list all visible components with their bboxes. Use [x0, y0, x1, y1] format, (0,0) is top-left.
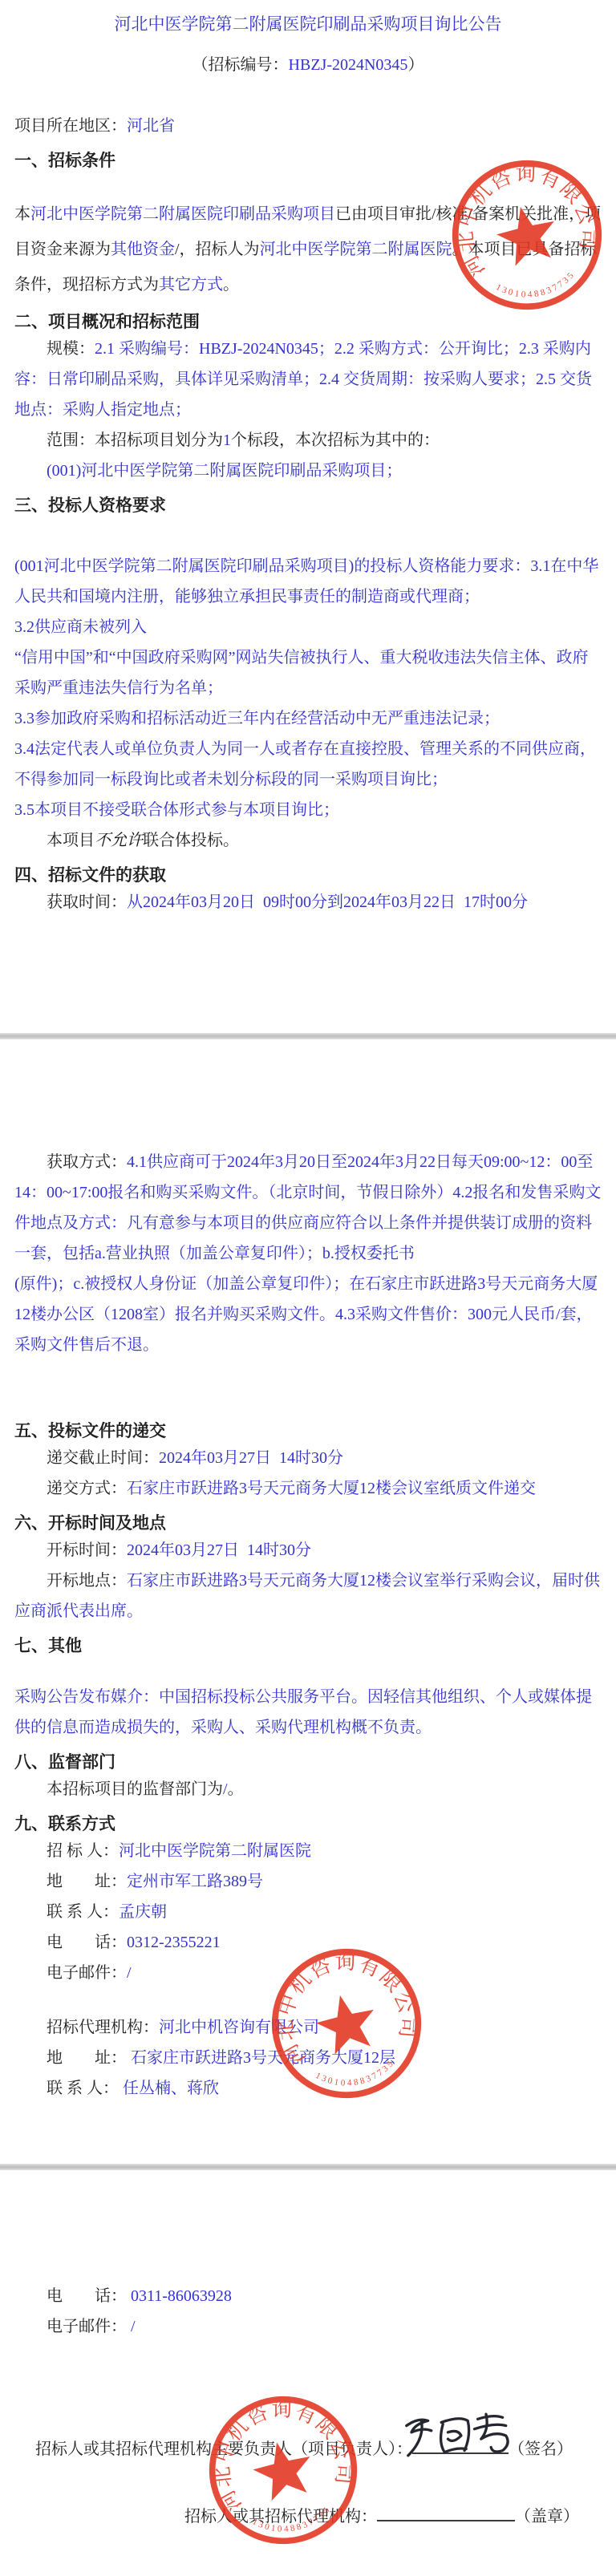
text-run: 河北省: [127, 117, 175, 135]
paragraph: 递交截止时间：2024年03月27日 14时30分: [14, 1443, 602, 1473]
contact-line: 地 址：定州市军工路389号: [14, 1866, 602, 1897]
text-run: 2024年03月27日 14时30分: [159, 1449, 343, 1467]
spacer: [14, 1039, 602, 1147]
paragraph: 开标地点：石家庄市跃进路3号天元商务大厦12楼会议室举行采购会议，届时供应商派代…: [14, 1565, 602, 1626]
text-run: 3.5本项目不接受联合体形式参与本项目询比；: [14, 801, 339, 819]
document-page-2: 获取方式：4.1供应商可于2024年3月20日至2024年3月22日每天09:0…: [0, 1039, 616, 2164]
text-run: 范围：本招标项目划分为: [47, 431, 223, 449]
text-run: 孟庆朝: [119, 1903, 167, 1921]
text-run: /: [127, 1964, 132, 1982]
page-1-content: 河北中医学院第二附属医院印刷品采购项目询比公告（招标编号：HBZJ-2024N0…: [14, 0, 602, 917]
section-heading: 一、招标条件: [14, 148, 602, 172]
paragraph: 3.5本项目不接受联合体形式参与本项目询比；: [14, 795, 602, 825]
text-run: 河北中医学院第二附属医院: [260, 241, 452, 258]
text-run: （盖章）: [515, 2508, 579, 2525]
text-run: 招 标 人：: [47, 1842, 119, 1860]
spacer: [14, 77, 602, 111]
text-run: 任丛楠、蒋欣: [119, 2080, 219, 2097]
text-run: 定州市军工路389号: [127, 1873, 263, 1890]
section-heading: 六、开标时间及地点: [14, 1511, 602, 1535]
spacer: [14, 1658, 602, 1682]
text-run: 其他资金: [111, 241, 175, 258]
tender-number-line: （招标编号：HBZJ-2024N0345）: [14, 53, 602, 77]
page-separator: [0, 2164, 616, 2170]
text-run: 河北中医学院第二附属医院: [119, 1842, 311, 1860]
text-run: (原件)；c.被授权人身份证（加盖公章复印件）；在石家庄市跃进路3号天元商务大厦…: [14, 1275, 598, 1354]
paragraph: 本项目不允许联合体投标。: [14, 825, 602, 856]
page-2-content: 获取方式：4.1供应商可于2024年3月20日至2024年3月22日每天09:0…: [14, 1039, 602, 2104]
section-heading: 四、招标文件的获取: [14, 863, 602, 887]
text-run: 电子邮件：: [47, 2318, 127, 2335]
spacer: [14, 1988, 602, 2012]
paragraph: (001)河北中医学院第二附属医院印刷品采购项目；: [14, 456, 602, 486]
text-run: 2.1 采购编号：HBZJ-2024N0345；2.2 采购方式：公开询比；2.…: [14, 340, 592, 419]
text-run: 一、招标条件: [14, 151, 115, 170]
text-run: 规模：: [47, 340, 95, 358]
text-run: （招标编号：: [192, 56, 289, 74]
text-run: 石家庄市跃进路3号天元商务大厦12层: [127, 2049, 395, 2067]
text-run: 递交方式：: [47, 1480, 127, 1497]
text-run: 地 址：: [47, 1873, 127, 1890]
text-run: 九、联系方式: [14, 1814, 115, 1833]
paragraph: 3.3参加政府采购和招标活动近三年内在经营活动中无严重违法记录；: [14, 703, 602, 734]
paragraph: (原件)；c.被授权人身份证（加盖公章复印件）；在石家庄市跃进路3号天元商务大厦…: [14, 1269, 602, 1360]
text-run: 采购公告发布媒介：中国招标投标公共服务平台。因轻信其他组织、个人或媒体提供的信息…: [14, 1688, 592, 1736]
text-run: 其它方式: [159, 276, 223, 294]
text-run: 。: [223, 276, 239, 294]
text-run: 七、其他: [14, 1636, 82, 1655]
text-run: 开标时间：: [47, 1541, 127, 1559]
section-heading: 八、监督部门: [14, 1750, 602, 1774]
text-run: 招标人或其招标代理机构：: [184, 2508, 377, 2525]
section-heading: 九、联系方式: [14, 1812, 602, 1836]
paragraph: 项目所在地区：河北省: [14, 111, 602, 141]
text-run: 开标地点：: [47, 1572, 127, 1590]
announcement-document: 河北中医学院第二附属医院印刷品采购项目询比公告（招标编号：HBZJ-2024N0…: [0, 0, 616, 2576]
text-run: 3.2供应商未被列入: [14, 618, 147, 636]
text-run: /，招标人为: [175, 241, 260, 258]
contact-line: 电子邮件：/: [14, 1958, 602, 1988]
text-run: 河北中医学院第二附属医院印刷品采购项目询比公告: [115, 14, 502, 34]
section-heading: 二、项目概况和招标范围: [14, 310, 602, 334]
paragraph: 范围：本招标项目划分为1个标段，本次招标为其中的：: [14, 425, 602, 456]
text-run: 不允许: [95, 832, 143, 849]
paragraph: 采购公告发布媒介：中国招标投标公共服务平台。因轻信其他组织、个人或媒体提供的信息…: [14, 1682, 602, 1743]
paragraph: 本河北中医学院第二附属医院印刷品采购项目已由项目审批/核准/备案机关批准，项目资…: [14, 196, 602, 302]
text-run: 项目所在地区：: [14, 117, 127, 135]
text-run: 二、项目概况和招标范围: [14, 312, 200, 331]
text-run: 招标代理机构：: [47, 2019, 159, 2036]
text-run: 河北中医学院第二附属医院印刷品采购项目: [30, 205, 335, 223]
text-run: 电子邮件：: [47, 1964, 127, 1982]
paragraph: 3.4法定代表人或单位负责人为同一人或者存在直接控股、管理关系的不同供应商，不得…: [14, 734, 602, 795]
text-run: 获取方式：: [47, 1153, 127, 1171]
text-run: ）: [407, 56, 423, 74]
text-run: 本招标项目的监督部门为: [47, 1780, 223, 1798]
paragraph: 开标时间：2024年03月27日 14时30分: [14, 1535, 602, 1565]
signature-line: 招标人或其招标代理机构主要负责人（项目负责人）： （签名）: [14, 2432, 602, 2467]
section-heading: 三、投标人资格要求: [14, 493, 602, 517]
text-run: 3.4法定代表人或单位负责人为同一人或者存在直接控股、管理关系的不同供应商，不得…: [14, 740, 596, 788]
text-run: 四、招标文件的获取: [14, 865, 166, 885]
document-page-3: 电 话： 0311-86063928电子邮件： /招标人或其招标代理机构主要负责…: [0, 2170, 616, 2576]
text-run: (001)河北中医学院第二附属医院印刷品采购项目；: [47, 462, 402, 480]
text-run: 河北中机咨询有限公司: [159, 2019, 319, 2036]
signature-handwriting: [399, 2411, 525, 2461]
contact-line: 电 话：0312-2355221: [14, 1927, 602, 1958]
spacer: [14, 2170, 602, 2281]
text-run: 石家庄市跃进路3号天元商务大厦12楼会议室纸质文件递交: [127, 1480, 536, 1497]
document-page-1: 河北中医学院第二附属医院印刷品采购项目询比公告（招标编号：HBZJ-2024N0…: [0, 0, 616, 1033]
text-run: 联 系 人：: [47, 2080, 119, 2097]
text-run: /: [127, 2318, 136, 2335]
text-run: 本: [14, 205, 30, 223]
spacer: [14, 517, 602, 551]
text-run: (001河北中医学院第二附属医院印刷品采购项目)的投标人资格能力要求：3.1在中…: [14, 557, 598, 606]
contact-line: 电 话： 0311-86063928: [14, 2281, 602, 2311]
text-run: 六、开标时间及地点: [14, 1513, 166, 1533]
text-run: 0311-86063928: [127, 2287, 232, 2305]
paragraph: 3.2供应商未被列入: [14, 612, 602, 642]
text-run: 0312-2355221: [127, 1934, 221, 1951]
spacer: [14, 172, 602, 196]
paragraph: 获取方式：4.1供应商可于2024年3月20日至2024年3月22日每天09:0…: [14, 1147, 602, 1269]
page-3-content: 电 话： 0311-86063928电子邮件： /招标人或其招标代理机构主要负责…: [14, 2170, 602, 2534]
paragraph: 本招标项目的监督部门为/。: [14, 1774, 602, 1804]
contact-line: 招标代理机构：河北中机咨询有限公司: [14, 2012, 602, 2043]
text-run: 电 话：: [47, 1934, 127, 1951]
contact-line: 电子邮件： /: [14, 2311, 602, 2342]
text-run: 电 话：: [47, 2287, 127, 2305]
text-run: 五、投标文件的递交: [14, 1421, 166, 1440]
text-run: 联 系 人：: [47, 1903, 119, 1921]
paragraph: 规模：2.1 采购编号：HBZJ-2024N0345；2.2 采购方式：公开询比…: [14, 334, 602, 425]
spacer: [14, 1360, 602, 1412]
text-run: 3.3参加政府采购和招标活动近三年内在经营活动中无严重违法记录；: [14, 710, 500, 727]
paragraph: “信用中国”和“中国政府采购网”网站失信被执行人、重大税收违法失信主体、政府采购…: [14, 642, 602, 703]
contact-line: 地 址： 石家庄市跃进路3号天元商务大厦12层: [14, 2043, 602, 2073]
text-run: 联合体投标。: [143, 832, 239, 849]
text-run: 招标人或其招标代理机构主要负责人（项目负责人）：: [35, 2440, 412, 2458]
text-run: 1: [223, 431, 231, 449]
document-title: 河北中医学院第二附属医院印刷品采购项目询比公告: [14, 0, 602, 37]
section-heading: 五、投标文件的递交: [14, 1419, 602, 1443]
text-run: 八、监督部门: [14, 1752, 115, 1772]
signature-underline: [412, 2432, 509, 2454]
text-run: “信用中国”和“中国政府采购网”网站失信被执行人、重大税收违法失信主体、政府采购…: [14, 649, 589, 697]
text-run: HBZJ-2024N0345: [289, 56, 408, 74]
text-run: 获取时间：: [47, 893, 127, 911]
paragraph: 递交方式：石家庄市跃进路3号天元商务大厦12楼会议室纸质文件递交: [14, 1473, 602, 1504]
contact-line: 联 系 人：孟庆朝: [14, 1897, 602, 1927]
contact-line: 招 标 人：河北中医学院第二附属医院: [14, 1836, 602, 1866]
text-run: 本项目: [47, 832, 95, 849]
paragraph: (001河北中医学院第二附属医院印刷品采购项目)的投标人资格能力要求：3.1在中…: [14, 551, 602, 612]
text-run: 递交截止时间：: [47, 1449, 159, 1467]
text-run: 三、投标人资格要求: [14, 496, 166, 515]
text-run: 个标段，本次招标为其中的：: [231, 431, 440, 449]
contact-line: 联 系 人： 任丛楠、蒋欣: [14, 2073, 602, 2104]
page-separator: [0, 1033, 616, 1039]
stamp-underline: [377, 2499, 515, 2521]
section-heading: 七、其他: [14, 1634, 602, 1658]
paragraph: 获取时间：从2024年03月20日 09时00分到2024年03月22日 17时…: [14, 887, 602, 917]
stamp-line: 招标人或其招标代理机构：（盖章）: [14, 2499, 602, 2534]
text-run: 。: [228, 1780, 244, 1798]
text-run: 从2024年03月20日 09时00分到2024年03月22日 17时00分: [127, 893, 528, 911]
text-run: 地 址：: [47, 2049, 127, 2067]
text-run: 2024年03月27日 14时30分: [127, 1541, 311, 1559]
